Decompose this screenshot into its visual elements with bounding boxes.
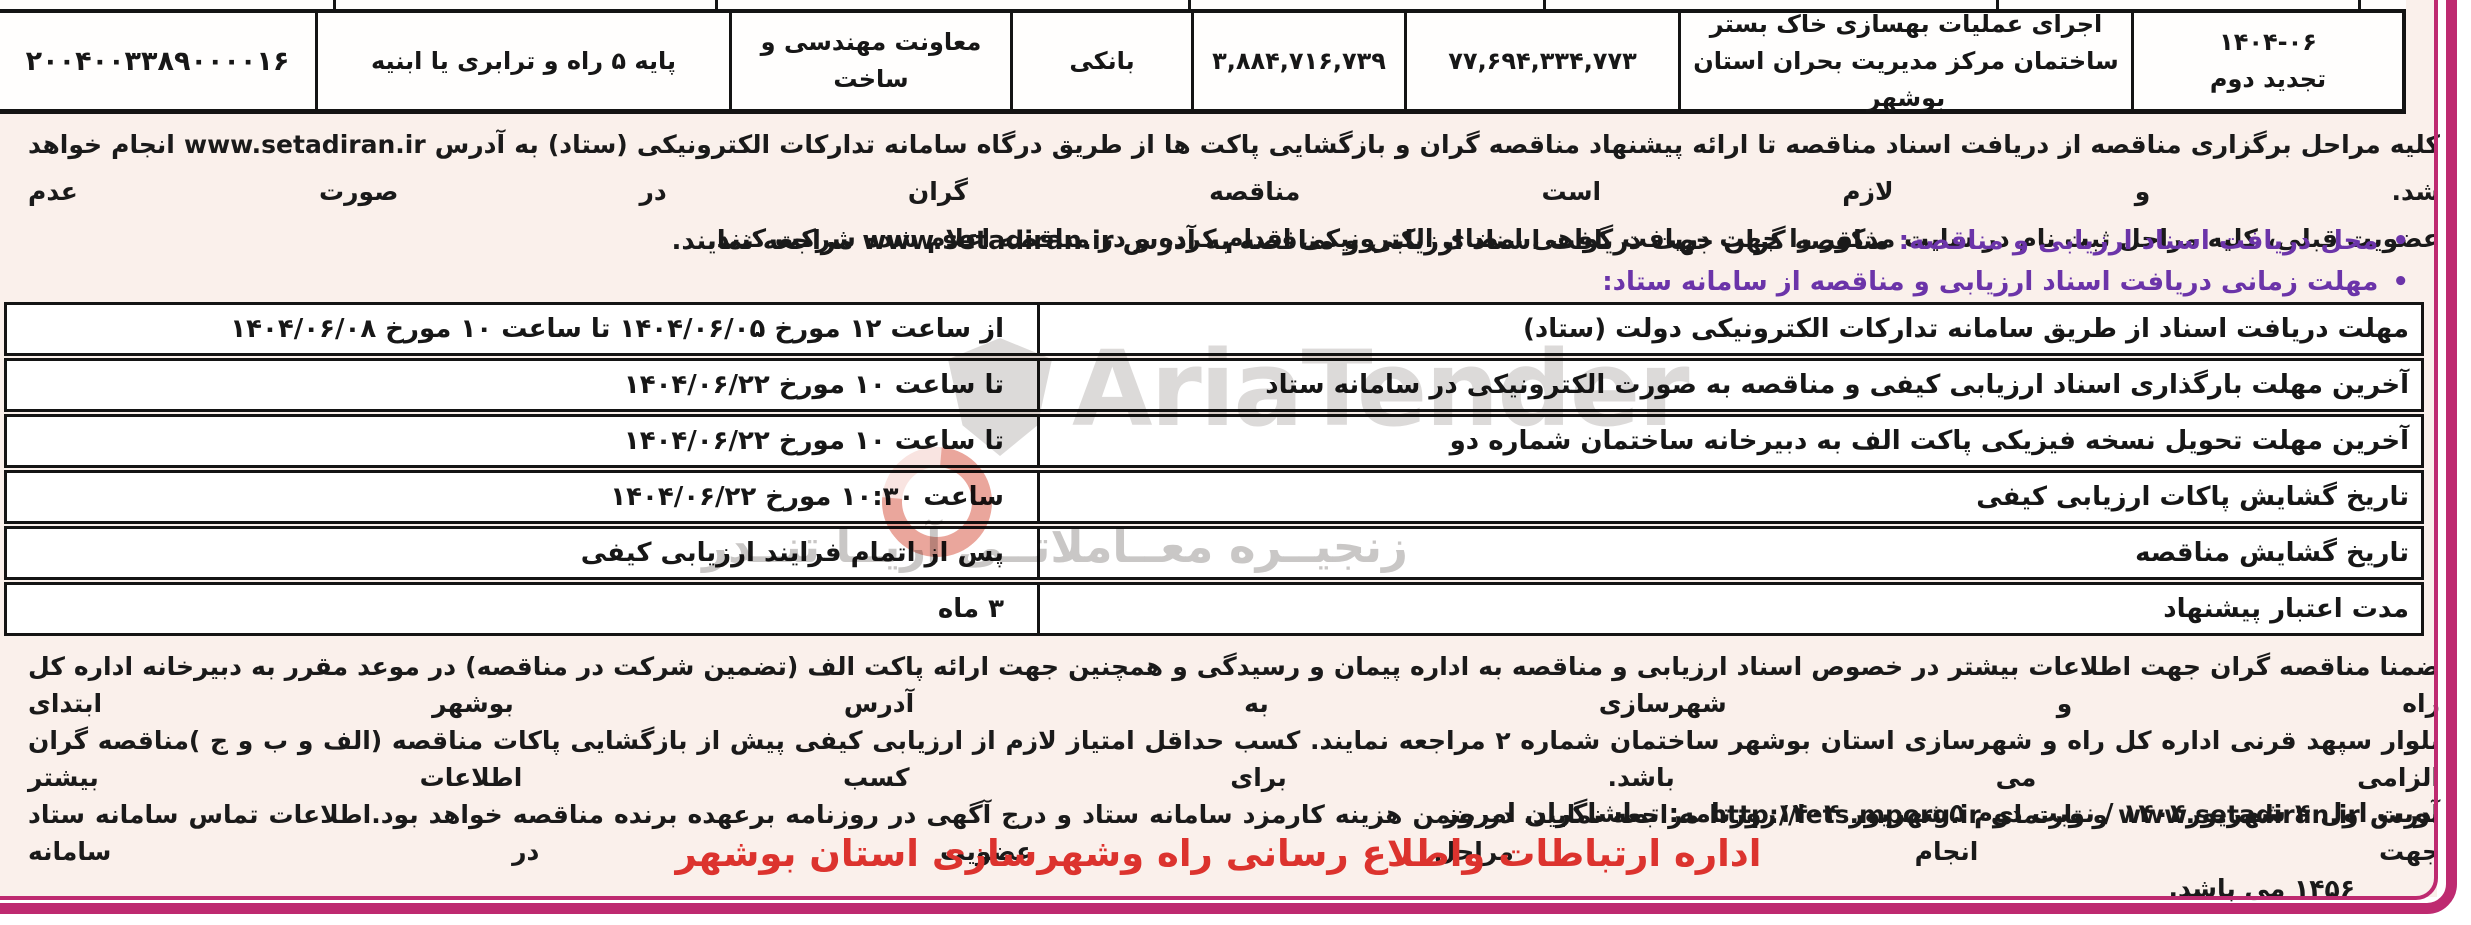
row-value: ساعت ۱۰:۳۰ مورخ ۱۴۰۴/۰۶/۲۲ <box>7 473 1037 521</box>
publication-dates: نوبت اول ۴ شهریور۱۴۰۴ / نوبت دوم ۵شهریور… <box>1444 796 2440 833</box>
row-value: تا ساعت ۱۰ مورخ ۱۴۰۴/۰۶/۲۲ <box>7 361 1037 409</box>
table-row: آخرین مهلت تحویل نسخه فیزیکی پاکت الف به… <box>4 414 2424 468</box>
cell-department: معاونت مهندسی و ساخت <box>729 13 1010 109</box>
tender-subject-line2: ساختمان مرکز مدیریت بحران استان بوشهر <box>1687 43 2125 117</box>
cell-setad-code: ۲۰۰۴۰۰۳۳۸۹۰۰۰۰۱۶ <box>0 13 315 109</box>
bullet-label: محل دریافت اسناد ارزیابی و مناقصه: <box>1899 226 2379 256</box>
table-row: تاریخ گشایش پاکات ارزیابی کیفی ساعت ۱۰:۳… <box>4 470 2424 524</box>
row-label: تاریخ گشایش پاکات ارزیابی کیفی <box>1037 473 2421 521</box>
issuing-office-footer: اداره ارتباطات واطلاع رسانی راه وشهرسازی… <box>0 832 2437 875</box>
cell-estimate-amount: ۷۷,۶۹۴,۳۳۴,۷۷۳ <box>1404 13 1678 109</box>
tender-info-table: ۱۴۰۴-۰۶ تجدید دوم اجرای عملیات بهسازی خا… <box>0 9 2406 114</box>
department: معاونت مهندسی و ساخت <box>738 24 1004 98</box>
row-value: تا ساعت ۱۰ مورخ ۱۴۰۴/۰۶/۲۲ <box>7 417 1037 465</box>
closing-line-2: بلوار سپهد قرنی اداره کل راه و شهرسازی ا… <box>28 722 2440 796</box>
bullet-list: •محل دریافت اسناد ارزیابی و مناقصه: مناق… <box>30 221 2409 303</box>
intro-line-1: کلیه مراحل برگزاری مناقصه از دریافت اسنا… <box>28 121 2440 215</box>
tender-number: ۱۴۰۴-۰۶ <box>2219 24 2317 61</box>
table-row: آخرین مهلت بارگذاری اسناد ارزیابی کیفی و… <box>4 358 2424 412</box>
bullet-label: مهلت زمانی دریافت اسناد ارزیابی و مناقصه… <box>1602 267 2378 297</box>
bullet-dot-icon: • <box>2392 226 2409 256</box>
row-value: پس از اتمام فرایند ارزیابی کیفی <box>7 529 1037 577</box>
table-row: تاریخ گشایش مناقصه پس از اتمام فرایند ار… <box>4 526 2424 580</box>
required-grade: پایه ۵ راه و ترابری یا ابنیه <box>371 43 676 80</box>
schedule-table: مهلت دریافت اسناد از طریق سامانه تدارکات… <box>4 302 2424 638</box>
cell-guarantee-amount: ۳,۸۸۴,۷۱۶,۷۳۹ <box>1191 13 1404 109</box>
closing-line-1: ضمنا مناقصه گران جهت اطلاعات بیشتر در خص… <box>28 648 2440 722</box>
cell-guarantee-type: بانکی <box>1010 13 1191 109</box>
row-label: تاریخ گشایش مناقصه <box>1037 529 2421 577</box>
row-label: مهلت دریافت اسناد از طریق سامانه تدارکات… <box>1037 305 2421 353</box>
row-value: ۳ ماه <box>7 585 1037 633</box>
tender-notice-page: ۱۴۰۴-۰۶ تجدید دوم اجرای عملیات بهسازی خا… <box>0 0 2471 925</box>
closing-line-4: ۱۴۵۶ می باشد. <box>28 870 2440 907</box>
cell-required-grade: پایه ۵ راه و ترابری یا ابنیه <box>315 13 729 109</box>
row-label: آخرین مهلت تحویل نسخه فیزیکی پاکت الف به… <box>1037 417 2421 465</box>
row-label: آخرین مهلت بارگذاری اسناد ارزیابی کیفی و… <box>1037 361 2421 409</box>
row-label: مدت اعتبار پیشنهاد <box>1037 585 2421 633</box>
setad-code: ۲۰۰۴۰۰۳۳۸۹۰۰۰۰۱۶ <box>26 43 290 80</box>
tender-subject-line1: اجرای عملیات بهسازی خاک بستر <box>1710 6 2102 43</box>
table-row: مدت اعتبار پیشنهاد ۳ ماه <box>4 582 2424 636</box>
guarantee-amount: ۳,۸۸۴,۷۱۶,۷۳۹ <box>1212 43 1386 80</box>
estimate-amount: ۷۷,۶۹۴,۳۳۴,۷۷۳ <box>1448 43 1636 80</box>
cell-tender-subject: اجرای عملیات بهسازی خاک بستر ساختمان مرک… <box>1678 13 2131 109</box>
row-value: از ساعت ۱۲ مورخ ۱۴۰۴/۰۶/۰۵ تا ساعت ۱۰ مو… <box>7 305 1037 353</box>
cell-tender-number: ۱۴۰۴-۰۶ تجدید دوم <box>2131 13 2402 109</box>
bullet-dot-icon: • <box>2392 267 2409 297</box>
bullet-text: مناقصه گران جهت دریافت اسناد ارزیابی و م… <box>672 226 1899 256</box>
guarantee-type: بانکی <box>1069 43 1134 80</box>
bullet-document-deadline: •مهلت زمانی دریافت اسناد ارزیابی و مناقص… <box>30 262 2409 303</box>
tender-round: تجدید دوم <box>2210 61 2326 98</box>
bullet-document-location: •محل دریافت اسناد ارزیابی و مناقصه: مناق… <box>30 221 2409 262</box>
table-row: مهلت دریافت اسناد از طریق سامانه تدارکات… <box>4 302 2424 356</box>
